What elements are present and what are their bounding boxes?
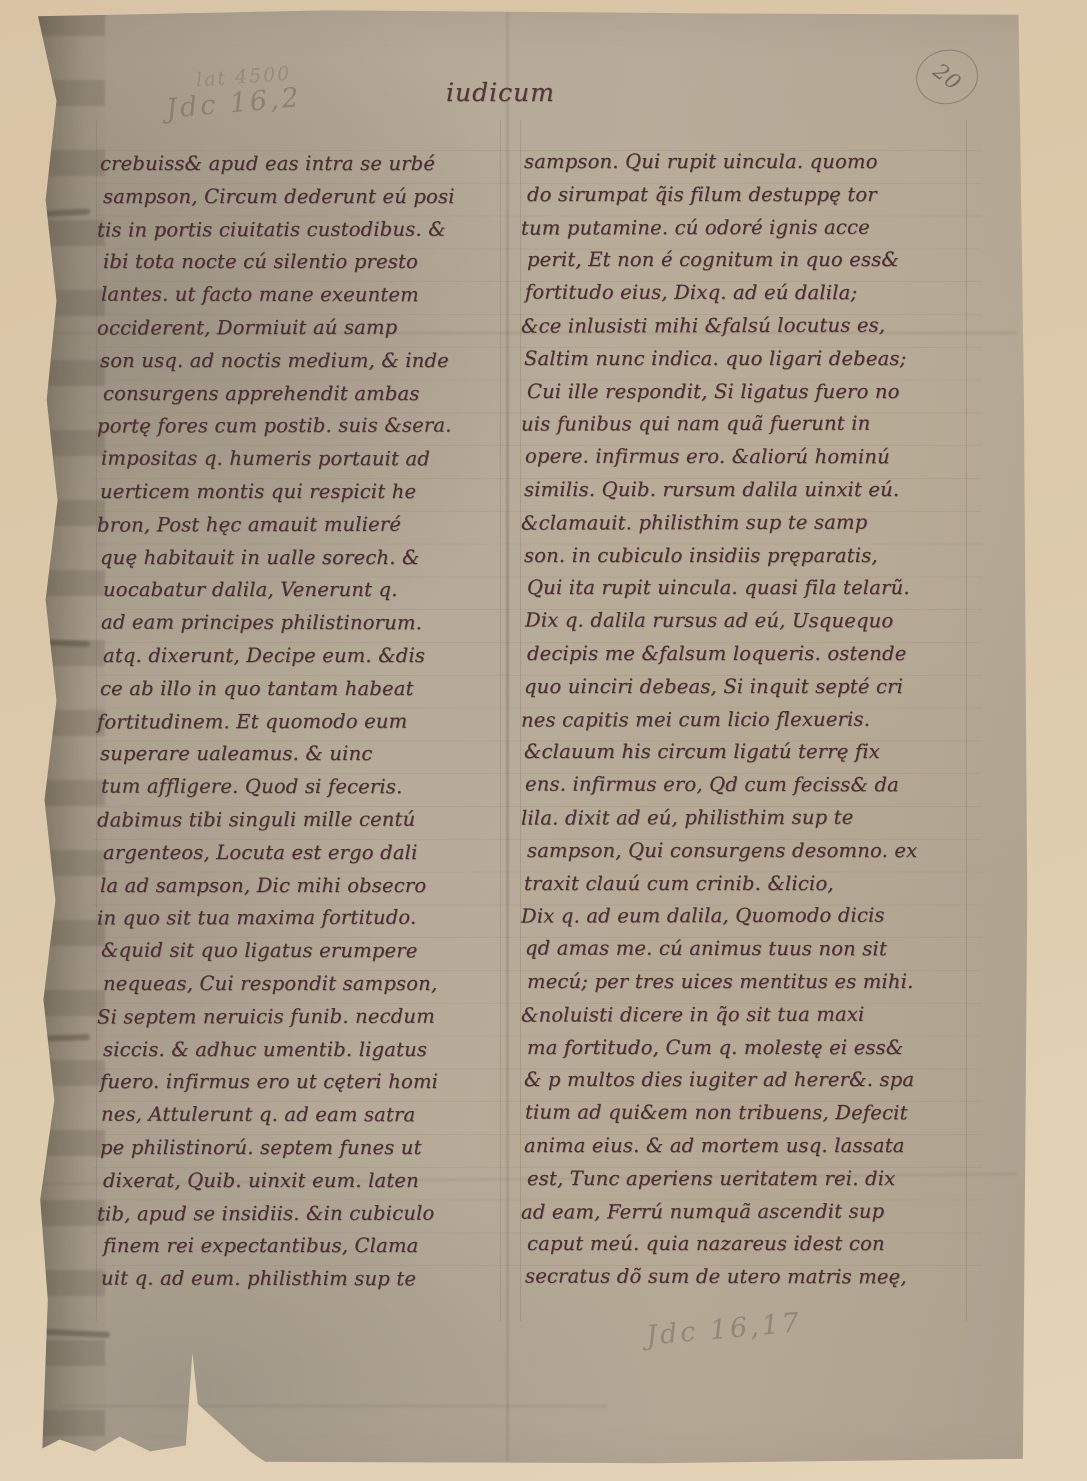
text-line: superare ualeamus. & uinc [100, 738, 512, 771]
text-line: &clauum his circum ligatú terrę fix [524, 736, 976, 769]
text-column-left: crebuiss& apud eas intra se urbésampson,… [100, 148, 512, 1296]
text-line: uis funibus qui nam quã fuerunt in [521, 408, 973, 442]
text-line: ce ab illo in quo tantam habeat [100, 673, 512, 706]
text-line: dabimus tibi singuli mille centú [97, 803, 509, 837]
text-line: Saltim nunc indica. quo ligari debeas; [524, 343, 976, 376]
text-line: ad eam principes philistinorum. [101, 607, 513, 641]
text-line: Dix q. dalila rursus ad eú, Usquequo [525, 605, 977, 639]
pencil-verse-reference-top: Jdc 16,2 [165, 82, 303, 125]
text-line: uit q. ad eum. philisthim sup te [101, 1263, 513, 1297]
text-column-right: sampson. Qui rupit uincula. quomodo siru… [524, 146, 976, 1294]
text-line: lila. dixit ad eú, philisthim sup te [521, 801, 973, 835]
text-line: ma fortitudo, Cum q. molestę ei ess& [527, 1032, 979, 1065]
text-line: Dix q. ad eum dalila, Quomodo dicis [521, 900, 973, 934]
text-line: nes, Attulerunt q. ad eam satra [101, 1099, 513, 1133]
text-line: ibi tota nocte cú silentio presto [103, 246, 515, 279]
text-line: tium ad qui&em non tribuens, Defecit [525, 1097, 977, 1131]
text-line: &ce inlusisti mihi &falsú locutus es, [521, 309, 973, 343]
torn-binding-edge [33, 10, 105, 1467]
text-line: qd amas me. cú animus tuus non sit [525, 933, 977, 967]
text-line: finem rei expectantibus, Clama [103, 1230, 515, 1263]
text-line: decipis me &falsum loqueris. ostende [527, 638, 979, 671]
text-line: anima eius. & ad mortem usq. lassata [524, 1130, 976, 1163]
text-line: opere. infirmus ero. &aliorú hominú [525, 441, 977, 475]
text-line: fortitudinem. Et quomodo eum [97, 705, 509, 739]
text-line: perit, Et non é cognitum in quo ess& [527, 244, 979, 277]
text-line: ad eam, Ferrú numquã ascendit sup [521, 1195, 973, 1229]
text-line: son. in cubiculo insidiis pręparatis, [524, 540, 976, 573]
text-line: secratus dõ sum de utero matris meę, [525, 1261, 977, 1295]
text-line: Qui ita rupit uincula. quasi fila telarũ… [527, 572, 979, 605]
text-line: &quid sit quo ligatus erumpere [101, 935, 513, 969]
text-line: son usq. ad noctis medium, & inde [100, 345, 512, 378]
text-line: tum putamine. cú odoré ignis acce [521, 211, 973, 245]
text-line: &clamauit. philisthim sup te samp [521, 506, 973, 540]
text-line: la ad sampson, Dic mihi obsecro [100, 870, 512, 903]
text-line: consurgens apprehendit ambas [103, 378, 515, 411]
text-line: tis in portis ciuitatis custodibus. & [97, 213, 509, 247]
text-line: occiderent, Dormiuit aú samp [97, 311, 509, 345]
text-line: siccis. & adhuc umentib. ligatus [103, 1034, 515, 1067]
text-line: quę habitauit in ualle sorech. & [100, 542, 512, 575]
text-line: mecú; per tres uices mentitus es mihi. [527, 966, 979, 999]
text-line: pe philistinorú. septem funes ut [100, 1132, 512, 1165]
text-line: uerticem montis qui respicit he [100, 476, 512, 509]
text-line: argenteos, Locuta est ergo dali [103, 837, 515, 870]
text-line: in quo sit tua maxima fortitudo. [97, 902, 509, 936]
text-line: fuero. infirmus ero ut cęteri homi [100, 1066, 512, 1099]
text-line: tib, apud se insidiis. &in cubiculo [97, 1197, 509, 1231]
text-line: atq. dixerunt, Decipe eum. &dis [103, 640, 515, 673]
photo-mat-background: lat 4500 Jdc 16,2 iudicum 20 crebuiss& a… [0, 0, 1087, 1481]
text-line: & p multos dies iugiter ad herer&. spa [524, 1064, 976, 1097]
folio-number-circle: 20 [912, 45, 982, 109]
horizontal-crease [60, 1405, 607, 1407]
pencil-verse-reference-bottom: Jdc 16,17 [645, 1307, 803, 1351]
text-line: dixerat, Quib. uinxit eum. laten [103, 1165, 515, 1198]
text-line: impositas q. humeris portauit ad [101, 443, 513, 477]
text-line: ens. infirmus ero, Qd cum feciss& da [525, 769, 977, 803]
text-line: sampson, Qui consurgens desomno. ex [527, 835, 979, 868]
text-line: bron, Post hęc amauit mulieré [97, 508, 509, 542]
text-line: crebuiss& apud eas intra se urbé [100, 148, 512, 181]
text-line: traxit clauú cum crinib. &licio, [524, 868, 976, 901]
text-line: uocabatur dalila, Venerunt q. [103, 574, 515, 607]
text-line: Cui ille respondit, Si ligatus fuero no [527, 376, 979, 409]
text-line: tum affligere. Quod si feceris. [101, 771, 513, 805]
text-line: &noluisti dicere in q̃o sit tua maxi [521, 998, 973, 1032]
text-line: nes capitis mei cum licio flexueris. [521, 703, 973, 737]
text-line: fortitudo eius, Dixq. ad eú dalila; [525, 277, 977, 311]
text-line: sampson. Qui rupit uincula. quomo [524, 146, 976, 179]
text-line: nequeas, Cui respondit sampson, [103, 968, 515, 1001]
manuscript-page: lat 4500 Jdc 16,2 iudicum 20 crebuiss& a… [0, 0, 1087, 1481]
text-line: lantes. ut facto mane exeuntem [101, 279, 513, 313]
text-line: do sirumpat q̃is filum destuppę tor [527, 179, 979, 212]
text-line: quo uinciri debeas, Si inquit septé cri [524, 671, 976, 704]
text-line: est, Tunc aperiens ueritatem rei. dix [527, 1163, 979, 1196]
text-line: Si septem neruicis funib. necdum [97, 1000, 509, 1034]
text-line: similis. Quib. rursum dalila uinxit eú. [524, 474, 976, 507]
text-line: sampson, Circum dederunt eú posi [103, 181, 515, 214]
tear-mark [30, 639, 90, 647]
text-line: portę fores cum postib. suis &sera. [97, 410, 509, 444]
running-title: iudicum [446, 78, 555, 107]
text-line: caput meú. quia nazareus idest con [527, 1228, 979, 1261]
folio-number: 20 [928, 59, 965, 96]
